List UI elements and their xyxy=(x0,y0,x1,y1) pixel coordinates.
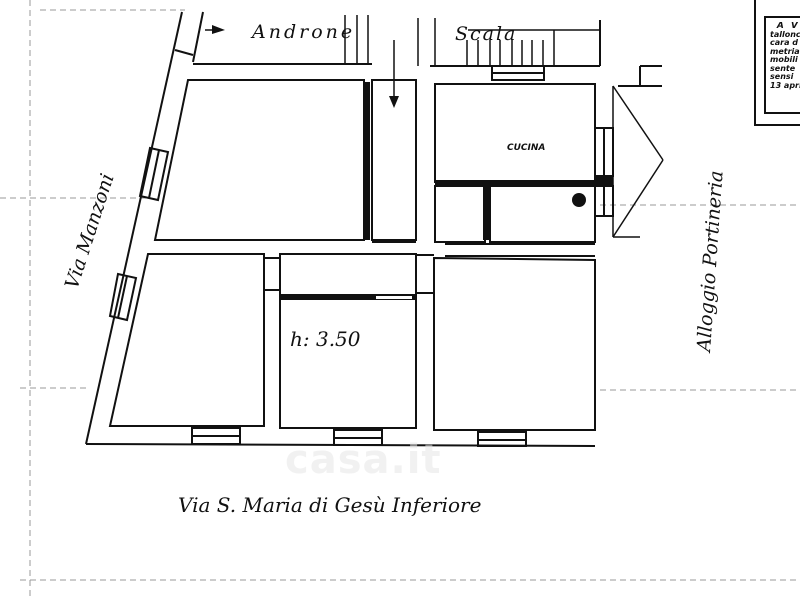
notice-line: metria xyxy=(770,48,800,57)
label-via-santa-maria: Via S. Maria di Gesù Inferiore xyxy=(178,493,481,517)
notice-title: A V V xyxy=(770,22,800,31)
label-scala: Scala xyxy=(455,23,517,45)
thick-walls xyxy=(280,82,613,300)
label-ceiling-height: h: 3.50 xyxy=(290,327,361,351)
notice-line: cara d xyxy=(770,39,800,48)
chimney-icon xyxy=(572,193,586,207)
label-alloggio-portineria: Alloggio Portineria xyxy=(693,170,728,355)
entry-arrow-icon xyxy=(389,96,399,108)
portineria-wedge xyxy=(613,86,663,237)
notice-line: sensi xyxy=(770,73,800,82)
floor-plan-drawing: Androne Scala CUCINA h: 3.50 Via Manzoni… xyxy=(0,0,800,600)
label-via-manzoni: Via Manzoni xyxy=(61,171,119,292)
walls xyxy=(86,12,662,446)
notice-line: mobili xyxy=(770,56,800,65)
wall-gap xyxy=(376,296,412,299)
notice-box-inner: A V V tallonc cara d metria mobili sente… xyxy=(764,16,800,114)
label-androne: Androne xyxy=(250,21,355,43)
notice-line: 13 april xyxy=(770,82,800,91)
notice-box: A V V tallonc cara d metria mobili sente… xyxy=(754,0,800,126)
label-kitchen: CUCINA xyxy=(507,143,545,153)
notice-line: tallonc xyxy=(770,31,800,40)
notice-line: sente xyxy=(770,65,800,74)
watermark: casa.it xyxy=(285,437,442,483)
